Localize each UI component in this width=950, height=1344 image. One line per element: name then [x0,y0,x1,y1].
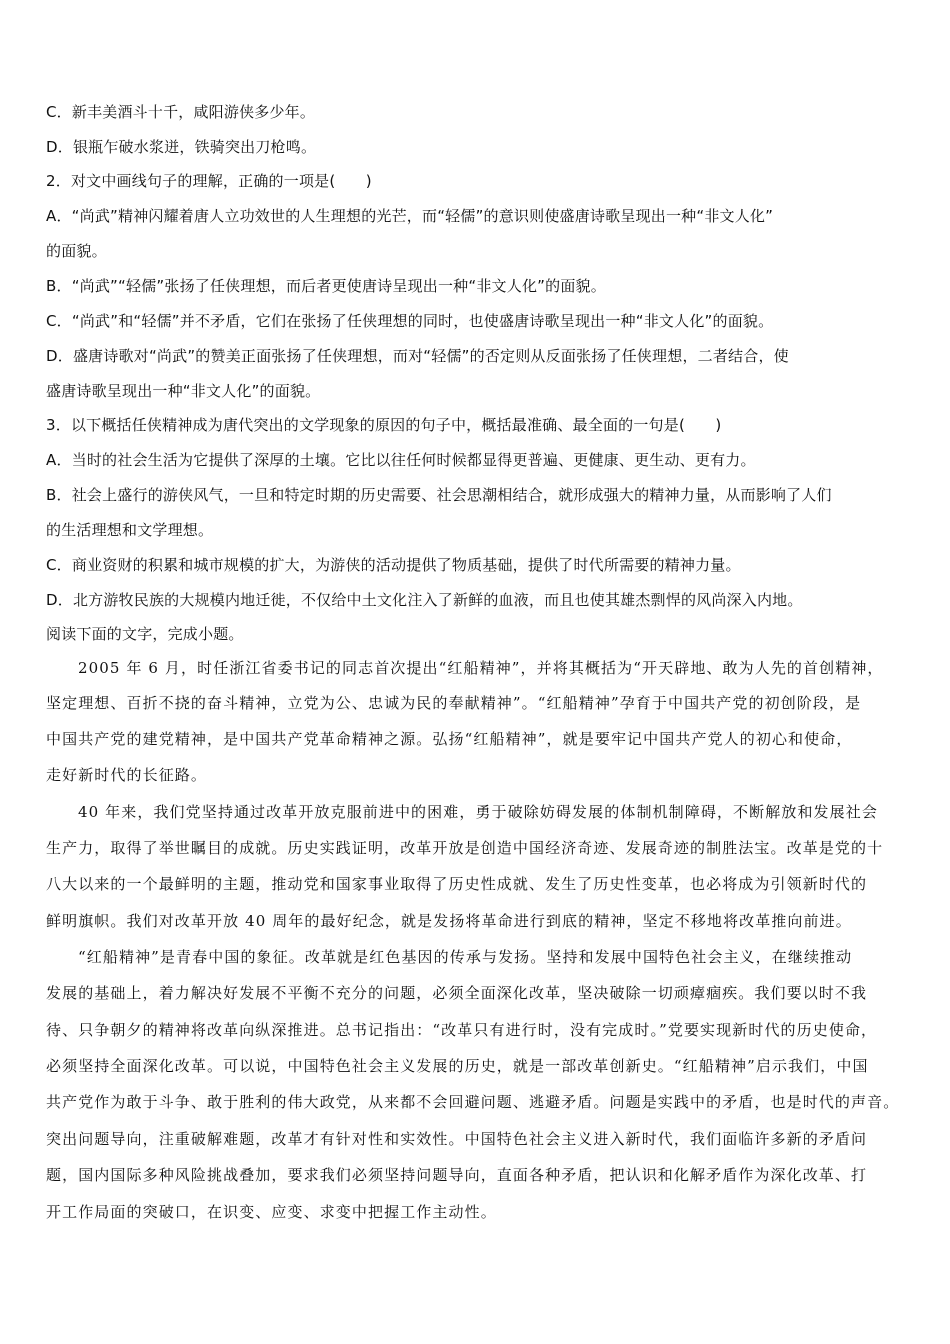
passage-p1-line4: 走好新时代的长征路。 [46,765,207,785]
passage-p3-line4: 必须坚持全面深化改革。可以说，中国特色社会主义发展的历史，就是一部改革创新史。“… [46,1056,869,1076]
passage-p2-line3: 八大以来的一个最鲜明的主题，推动党和国家事业取得了历史性成就、发生了历史性变革，… [46,874,867,894]
q2-option-d-line1: D．盛唐诗歌对“尚武”的赞美正面张扬了任侠理想，而对“轻儒”的否定则从反面张扬了… [46,346,789,366]
passage-p1-line1: 2005 年 6 月，时任浙江省委书记的同志首次提出“红船精神”，并将其概括为“… [78,658,884,678]
passage-p2-line1: 40 年来，我们党坚持通过改革开放克服前进中的困难，勇于破除妨碍发展的体制机制障… [78,802,878,822]
q1-option-d: D．银瓶乍破水浆迸，铁骑突出刀枪鸣。 [46,137,316,157]
option-label: D． [46,138,73,156]
option-label: C． [46,103,72,121]
passage-p2-line4: 鲜明旗帜。我们对改革开放 40 周年的最好纪念，就是发扬将革命进行到底的精神，坚… [46,911,852,931]
passage-p3-line5: 共产党作为敢于斗争、敢于胜利的伟大政党，从来都不会回避问题、逃避矛盾。问题是实践… [46,1092,899,1112]
document-page: C．新丰美酒斗十千，咸阳游侠多少年。 D．银瓶乍破水浆迸，铁骑突出刀枪鸣。 2．… [0,0,950,1344]
passage-p1-line3: 中国共产党的建党精神，是中国共产党革命精神之源。弘扬“红船精神”，就是要牢记中国… [46,729,852,749]
q3-option-b-line2: 的生活理想和文学理想。 [46,520,213,540]
q2-option-b: B．“尚武”“轻儒”张扬了任侠理想，而后者更使唐诗呈现出一种“非文人化”的面貌。 [46,276,606,296]
option-text: 银瓶乍破水浆迸，铁骑突出刀枪鸣。 [73,138,316,156]
q2-option-c: C．“尚武”和“轻儒”并不矛盾，它们在张扬了任侠理想的同时，也使盛唐诗歌呈现出一… [46,311,773,331]
passage-p1-line2: 坚定理想、百折不挠的奋斗精神，立党为公、忠诚为民的奉献精神”。“红船精神”孕育于… [46,693,861,713]
passage-p3-line7: 题，国内国际多种风险挑战叠加，要求我们必须坚持问题导向，直面各种矛盾，把认识和化… [46,1165,867,1185]
passage-p2-line2: 生产力，取得了举世瞩目的成就。历史实践证明，改革开放是创造中国经济奇迹、发展奇迹… [46,838,883,858]
q1-option-c: C．新丰美酒斗十千，咸阳游侠多少年。 [46,102,315,122]
passage-p3-line1: “红船精神”是青春中国的象征。改革就是红色基因的传承与发扬。坚持和发展中国特色社… [78,947,852,967]
passage-p3-line3: 待、只争朝夕的精神将改革向纵深推进。总书记指出：“改革只有进行时，没有完成时。”… [46,1020,877,1040]
q2-option-a-line1: A．“尚武”精神闪耀着唐人立功效世的人生理想的光芒，而“轻儒”的意识则使盛唐诗歌… [46,206,773,226]
q3-option-c: C．商业资财的积累和城市规模的扩大，为游侠的活动提供了物质基础，提供了时代所需要… [46,555,741,575]
q3-option-a: A．当时的社会生活为它提供了深厚的土壤。它比以往任何时候都显得更普遍、更健康、更… [46,450,756,470]
option-text: 新丰美酒斗十千，咸阳游侠多少年。 [72,103,315,121]
q2-option-a-line2: 的面貌。 [46,241,107,261]
q2-stem: 2．对文中画线句子的理解，正确的一项是( ) [46,171,372,191]
q3-option-d: D．北方游牧民族的大规模内地迁徙，不仅给中土文化注入了新鲜的血液，而且也使其雄杰… [46,590,803,610]
q3-stem: 3．以下概括任侠精神成为唐代突出的文学现象的原因的句子中，概括最准确、最全面的一… [46,415,721,435]
passage-p3-line8: 开工作局面的突破口，在识变、应变、求变中把握工作主动性。 [46,1202,497,1222]
passage-p3-line2: 发展的基础上，着力解决好发展不平衡不充分的问题，必须全面深化改革，坚决破除一切顽… [46,983,867,1003]
q3-option-b-line1: B．社会上盛行的游侠风气，一旦和特定时期的历史需要、社会思潮相结合，就形成强大的… [46,485,832,505]
q2-option-d-line2: 盛唐诗歌呈现出一种“非文人化”的面貌。 [46,381,320,401]
reading-instruction: 阅读下面的文字，完成小题。 [46,624,244,644]
passage-p3-line6: 突出问题导向，注重破解难题，改革才有针对性和实效性。中国特色社会主义进入新时代，… [46,1129,867,1149]
